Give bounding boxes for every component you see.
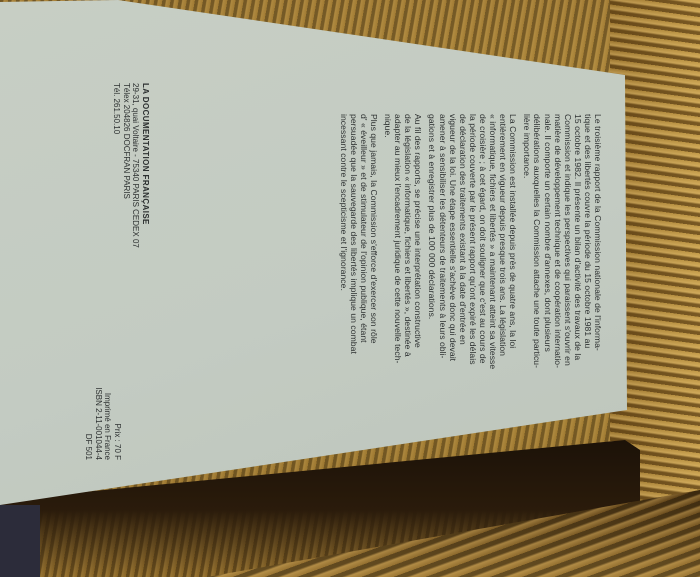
publisher-name: LA DOCUMENTATION FRANÇAISE <box>141 83 151 248</box>
publisher-block: LA DOCUMENTATION FRANÇAISE 29-31, quai V… <box>112 83 150 248</box>
paragraph-3: Au fil des rapports, se précise une inte… <box>383 100 423 400</box>
publisher-telex: Télex 204826 DOCFRAN PARIS <box>122 83 132 248</box>
isbn: ISBN 2-11-001044-4 <box>94 370 104 460</box>
publisher-phone: Tél. 261.50.10 <box>112 83 122 248</box>
paragraph-2: La Commission est installée depuis près … <box>427 100 518 400</box>
paragraph-1: Le troisième rapport de la Commission na… <box>522 100 603 400</box>
price: Prix : 70 F <box>113 370 123 460</box>
publisher-address: 29-31, quai Voltaire - 75340 PARIS CEDEX… <box>131 83 141 248</box>
summary-text: Le troisième rapport de la Commission na… <box>335 100 603 400</box>
pricing-block: Prix : 70 F Imprimé en France ISBN 2-11-… <box>84 370 122 460</box>
catalog-ref: DF 501 <box>84 370 94 460</box>
paragraph-4: Plus que jamais, la Commission s'efforce… <box>339 100 379 400</box>
dark-cloth <box>0 505 40 577</box>
printed-in: Imprimé en France <box>103 370 113 460</box>
